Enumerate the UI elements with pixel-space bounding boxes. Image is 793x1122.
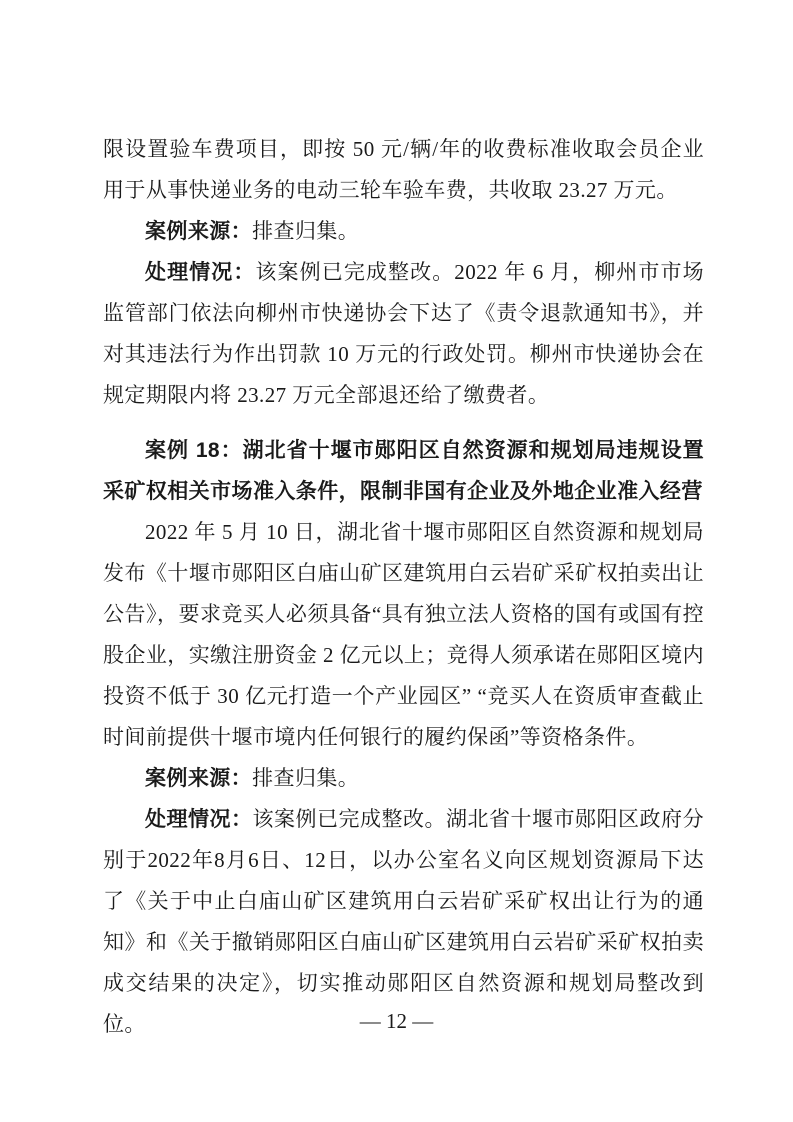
- case-source-text: 排查归集。: [252, 766, 359, 790]
- paragraph-case17-source: 案例来源：排查归集。: [103, 211, 704, 252]
- paragraph-case17-continuation: 限设置验车费项目，即按 50 元/辆/年的收费标准收取会员企业用于从事快递业务的…: [103, 129, 704, 211]
- page-number: — 12 —: [0, 1001, 793, 1042]
- case-18-heading: 案例 18：湖北省十堰市郧阳区自然资源和规划局违规设置采矿权相关市场准入条件，限…: [103, 430, 704, 512]
- paragraph-case18-source: 案例来源：排查归集。: [103, 758, 704, 799]
- paragraph-text: 限设置验车费项目，即按 50 元/辆/年的收费标准收取会员企业用于从事快递业务的…: [103, 137, 704, 202]
- paragraph-text: 2022 年 5 月 10 日，湖北省十堰市郧阳区自然资源和规划局发布《十堰市郧…: [103, 520, 704, 749]
- case-source-text: 排查归集。: [252, 219, 359, 243]
- case-source-label: 案例来源：: [145, 767, 252, 790]
- resolution-label: 处理情况：: [145, 808, 253, 831]
- resolution-label: 处理情况：: [145, 261, 255, 284]
- case-18-heading-text: 案例 18：湖北省十堰市郧阳区自然资源和规划局违规设置采矿权相关市场准入条件，限…: [103, 439, 704, 503]
- document-body: 限设置验车费项目，即按 50 元/辆/年的收费标准收取会员企业用于从事快递业务的…: [103, 129, 704, 1045]
- case-source-label: 案例来源：: [145, 220, 252, 243]
- paragraph-case18-description: 2022 年 5 月 10 日，湖北省十堰市郧阳区自然资源和规划局发布《十堰市郧…: [103, 512, 704, 758]
- page-number-text: — 12 —: [360, 1009, 434, 1033]
- paragraph-case17-resolution: 处理情况：该案例已完成整改。2022 年 6 月，柳州市市场监管部门依法向柳州市…: [103, 252, 704, 416]
- document-page: 限设置验车费项目，即按 50 元/辆/年的收费标准收取会员企业用于从事快递业务的…: [0, 0, 793, 1122]
